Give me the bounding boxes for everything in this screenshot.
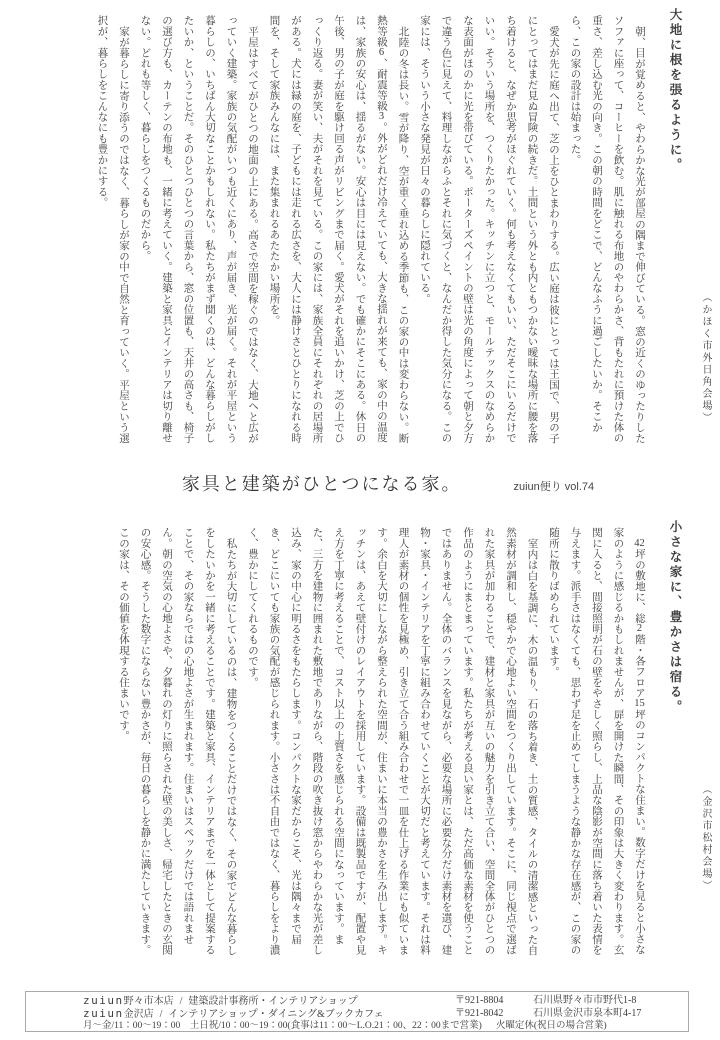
postal-code: 〒921-8804 [455,995,533,1008]
paragraph: 平屋はすべてがひとつの地面の上にある。高さで空間を稼ぐのではなく、大地へと広がっ… [134,15,263,446]
separator: / [160,1009,163,1021]
store-row: zuiun 野々市本店 / 建築設計事務所・インテリアショップ 〒921-880… [83,995,688,1008]
article-title: 小さな家に、豊かさは宿る。 [665,520,685,960]
paragraph: 家が暮らしに寄り添うのではなく、暮らしが家の中で自然と育っていく。平屋という選択… [91,15,134,446]
store-branch: 金沢店 [124,1009,154,1021]
paragraph: 私たちが大切にしているのは、建物をつくることだけではなく、その家でどんな暮らしを… [113,527,242,960]
store-address: 石川県金沢市泉本町4-17 [533,1008,641,1021]
paragraph: 朝、目が覚めると、やわらかな光が部屋の隅まで伸びている。窓の近くのゆったりしたソ… [564,15,650,446]
store-name-desc: zuiun 金沢店 / インテリアショップ・ダイニング&ブックカフェ [83,1008,455,1021]
newsletter-title: 家具と建築がひとつになる家。 [182,470,462,496]
brand-logo-text: zuiun [83,1008,124,1020]
hours-row: 月～金/11：00～19：00 土日祝/10：00～19：00(食事は11：00… [83,1021,688,1032]
store-address: 石川県野々市市野代1-8 [533,995,636,1008]
venue-note: （かほく市外日角会場） [698,8,712,446]
bottom-article: （金沢市松村会場） 小さな家に、豊かさは宿る。 42坪の敷地に、総2階・各フロア… [8,520,712,960]
separator: / [180,996,183,1008]
postal-code: 〒921-8042 [455,1008,533,1021]
article-body: 42坪の敷地に、総2階・各フロア15坪のコンパクトな住まい。数字だけを見ると小さ… [113,520,651,960]
store-row: zuiun 金沢店 / インテリアショップ・ダイニング&ブックカフェ 〒921-… [83,1008,688,1021]
paragraph: 室内は白を基調に、木の温もり、石の落ち着き、土の質感、タイルの清潔感といった自然… [242,527,543,960]
newsletter-issue: zuiun便り vol.74 [513,478,594,496]
paragraph: 北陸の冬は長い。雪が降り、空が重く垂れ込める季節も、この家の中は変わらない。断熱… [263,15,414,446]
top-article: （かほく市外日角会場） 大地に根を張るように。 朝、目が覚めると、やわらかな光が… [8,8,712,446]
store-branch: 野々市本店 [124,996,174,1008]
store-info-box: zuiun 野々市本店 / 建築設計事務所・インテリアショップ 〒921-880… [25,991,689,1032]
business-hours: 月～金/11：00～19：00 土日祝/10：00～19：00(食事は11：00… [83,1021,482,1032]
newsletter-title-band: 家具と建築がひとつになる家。 zuiun便り vol.74 [28,452,720,496]
store-name-desc: zuiun 野々市本店 / 建築設計事務所・インテリアショップ [83,995,455,1008]
paragraph: 愛犬が先に庭へ出て、芝の上をひとまわりする。広い庭は彼にとっては王国で、男の子に… [414,15,565,446]
brand-logo-text: zuiun [83,995,124,1007]
paragraph: 42坪の敷地に、総2階・各フロア15坪のコンパクトな住まい。数字だけを見ると小さ… [543,527,651,960]
closed-day-note: 火曜定休(祝日の場合営業) [496,1021,607,1032]
newsletter-page: { "page": { "bg": "#ffffff", "text_color… [0,0,720,1040]
article-title: 大地に根を張るように。 [665,8,685,446]
article-body: 朝、目が覚めると、やわらかな光が部屋の隅まで伸びている。窓の近くのゆったりしたソ… [91,8,650,446]
store-description: 建築設計事務所・インテリアショップ [188,996,357,1008]
store-description: インテリアショップ・ダイニング&ブックカフェ [168,1009,383,1021]
venue-note: （金沢市松村会場） [698,520,712,960]
